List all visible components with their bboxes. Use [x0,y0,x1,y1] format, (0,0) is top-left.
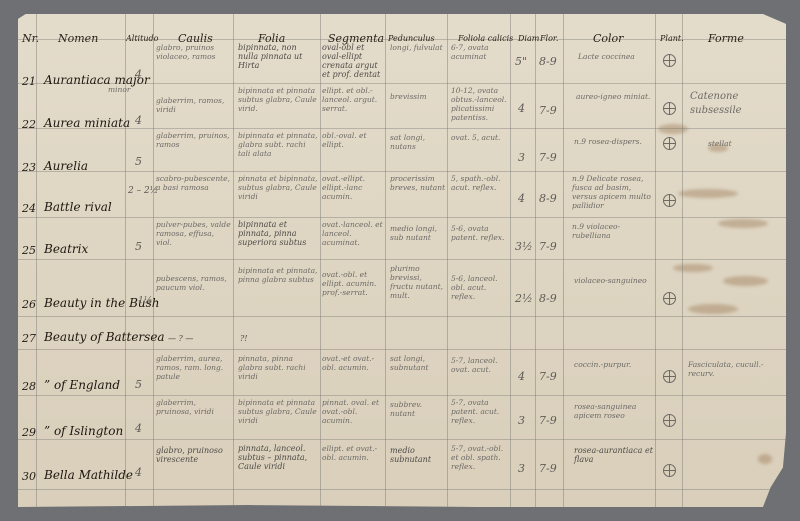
segmenta-value: oval-obl et oval-ellipt crenata argut et… [322,43,384,79]
caulis-value: glaberrim, pruinos, ramos [156,131,231,149]
altitudo-value: 4 [135,114,142,127]
foliola-value: 5-7, ovata patent. acut. reflex. [451,398,509,425]
variety-name: Bella Mathilde [44,468,133,482]
flor-value: 8-9 [539,292,557,305]
folia-value: ?! [240,334,280,343]
diam-value: 4 [518,192,525,205]
row-number: 27 [22,332,36,345]
pedunculus-value: sat longi, subnutant [390,354,446,372]
row-number: 23 [22,161,36,174]
color-value: rosea-sanguinea apicem roseo [574,402,654,420]
foliola-value: 5-6, ovata patent. reflex. [451,224,509,242]
folia-value: pinnata, pinna glabra subt. rachi viridi [238,354,318,381]
caulis-value: pulver-pubes, valde ramosa, effusa, viol… [156,220,231,247]
color-value: rosea-aurantiaca et flava [574,446,654,464]
header-pedunculus: Pedunculus [388,34,435,43]
segmenta-value: ovat.-lanceol. et lanceol. acuminat. [322,220,384,247]
caulis-value: glabro, pruinoso virescente [156,446,231,464]
altitudo-value: 4 [135,466,142,479]
plant-mark-icon [663,370,676,383]
forme-value: Catenone subsessile [690,90,770,118]
row-number: 24 [22,202,36,215]
caulis-value: pubescens, ramos, paucum viol. [156,274,231,292]
flor-value: 7-9 [539,370,557,383]
stain [758,454,772,464]
row-number: 25 [22,244,36,257]
flor-value: 7-9 [539,104,557,117]
plant-mark-icon [663,292,676,305]
row-number: 22 [22,118,36,131]
folia-value: bipinnata et pinnata, pinna superiora su… [238,220,318,247]
forme-value: Fasciculata, cucull.-recurv. [688,360,783,378]
plant-mark-icon [663,102,676,115]
folia-value: pinnata, lanceol. subtus – pinnata, Caul… [238,444,318,471]
plant-mark-icon [663,54,676,67]
header-forme: Forme [708,32,744,45]
plant-mark-icon [663,137,676,150]
header-foliola: Foliola calicis [458,34,513,43]
segmenta-value: ovat.-et ovat.-obl. acumin. [322,354,384,372]
pedunculus-value: brevissim [390,92,446,101]
pedunculus-value: procerissim breves, nutant [390,174,446,192]
foliola-value: 5-6, lanceol. obl. acut. reflex. [451,274,509,301]
caulis-value: glaberrim, ramos, viridi [156,96,231,114]
segmenta-value: ellipt. et obl.-lanceol. argut. serrat. [322,86,384,113]
stain [688,304,738,314]
color-value: n.9 violaceo-rubelliana [572,222,656,240]
manuscript-sheet: Nr. Nomen Altitudo Caulis Folia Segmenta… [18,14,786,507]
foliola-value: 6-7, ovata acuminat [451,43,509,61]
foliola-value: 10-12, ovata obtus.-lanceol. plicatissim… [451,86,509,122]
caulis-value: scabro-pubescente, a basi ramosa [156,174,231,192]
color-value: violaceo-sanguineo [574,276,654,285]
pedunculus-value: subbrev. nutant [390,400,446,418]
foliola-value: 5, spath.-obl. acut. reflex. [451,174,509,192]
forme-value: stellat [708,139,768,148]
stain [658,124,688,134]
header-plant: Plant. [660,34,684,43]
altitudo-value: 5 [135,155,142,168]
altitudo-value: 4 [135,68,142,81]
variety-name: ” of Islington [44,424,123,438]
variety-name: Aurea miniata [44,116,130,130]
pedunculus-value: medio subnutant [390,446,446,464]
pedunculus-value: sat longi, nutans [390,133,446,151]
pedunculus-value: longi, fulvulat [390,43,446,52]
diam-value: 5" [515,55,527,68]
diam-value: 4 [518,370,525,383]
row-number: 21 [22,75,36,88]
segmenta-value: pinnat. oval. et ovat.-obl. acumin. [322,398,384,425]
plant-mark-icon [663,414,676,427]
diam-value: 3½ [515,240,533,253]
row-number: 26 [22,298,36,311]
diam-value: 3 [518,151,525,164]
variety-name: Aurantiaca major [44,73,150,87]
segmenta-value: ellipt. et ovat.-obl. acumin. [322,444,384,462]
header-nomen: Nomen [58,32,98,45]
stain [673,264,713,272]
folia-value: bipinnata et pinnata subtus glabra, Caul… [238,86,318,113]
flor-value: 8-9 [539,55,557,68]
segmenta-value: ovat.-obl. et ellipt. acumin. prof.-serr… [322,270,384,297]
diam-value: 3 [518,462,525,475]
diam-value: 4 [518,102,525,115]
altitudo-value: 4 [135,422,142,435]
diam-value: 3 [518,414,525,427]
row-number: 28 [22,380,36,393]
folia-value: pinnata et bipinnata, subtus glabra, Cau… [238,174,318,201]
foliola-value: ovat. 5, acut. [451,133,509,142]
caulis-value: glaberrim, aurea, ramos, ram. long. patu… [156,354,231,381]
segmenta-value: ovat.-ellipt. ellipt.-lanc acumin. [322,174,384,201]
diam-value: 2½ [515,292,533,305]
variety-name: Battle rival [44,200,112,214]
caulis-value: glaberrim, pruinosa, viridi [156,398,231,416]
folia-value: bipinnata et pinnata, pinna glabra subtu… [238,266,318,284]
color-value: n.9 rosea-dispers. [574,137,654,146]
header-diam: Diam [518,34,539,43]
header-color: Color [593,32,623,45]
altitudo-value: 1½ [138,296,152,306]
row-number: 29 [22,426,36,439]
flor-value: 8-9 [539,192,557,205]
flor-value: 7-9 [539,240,557,253]
foliola-value: 5-7, ovat.-obl. et obl. spath. reflex. [451,444,509,471]
stain [678,189,738,198]
folia-value: bipinnata et pinnata subtus glabra, Caul… [238,398,318,425]
header-flor: Flor. [540,34,558,43]
altitudo-value: 2 – 2½ [128,186,158,196]
variety-name-note: minor [108,85,130,94]
color-value: coccin.-purpur. [574,360,654,369]
flor-value: 7-9 [539,462,557,475]
caulis-value: glabro, pruinos violaceo, ramos [156,43,231,61]
flor-value: 7-9 [539,414,557,427]
header-altitudo: Altitudo [126,34,158,43]
variety-name: Beauty of Battersea [44,330,165,344]
plant-mark-icon [663,464,676,477]
stain [718,219,768,228]
header-nr: Nr. [22,32,39,45]
altitudo-value: 5 [135,378,142,391]
flor-value: 7-9 [539,151,557,164]
stain [723,276,768,286]
plant-mark-icon [663,194,676,207]
variety-name: ” of England [44,378,120,392]
color-value: n.9 Delicate rosea, fusca ad basim, vers… [572,174,656,210]
pedunculus-value: plurimo brevissi, fructu nutant, mult. [390,264,446,300]
variety-name: Aurelia [44,159,88,173]
color-value: Lacte coccinea [578,52,653,61]
color-value: aureo-igneo miniat. [576,92,651,101]
folia-value: bipinnata, non nulla pinnata ut Hirta [238,43,318,70]
folia-value: bipinnata et pinnata, glabra subt. rachi… [238,131,318,158]
altitudo-value: 5 [135,240,142,253]
foliola-value: 5-7, lanceol. ovat. acut. [451,356,509,374]
row-number: 30 [22,470,36,483]
caulis-value: — ? — [168,334,238,343]
pedunculus-value: medio longi, sub nutant [390,224,446,242]
segmenta-value: obl.-oval. et ellipt. [322,131,384,149]
variety-name: Beatrix [44,242,88,256]
